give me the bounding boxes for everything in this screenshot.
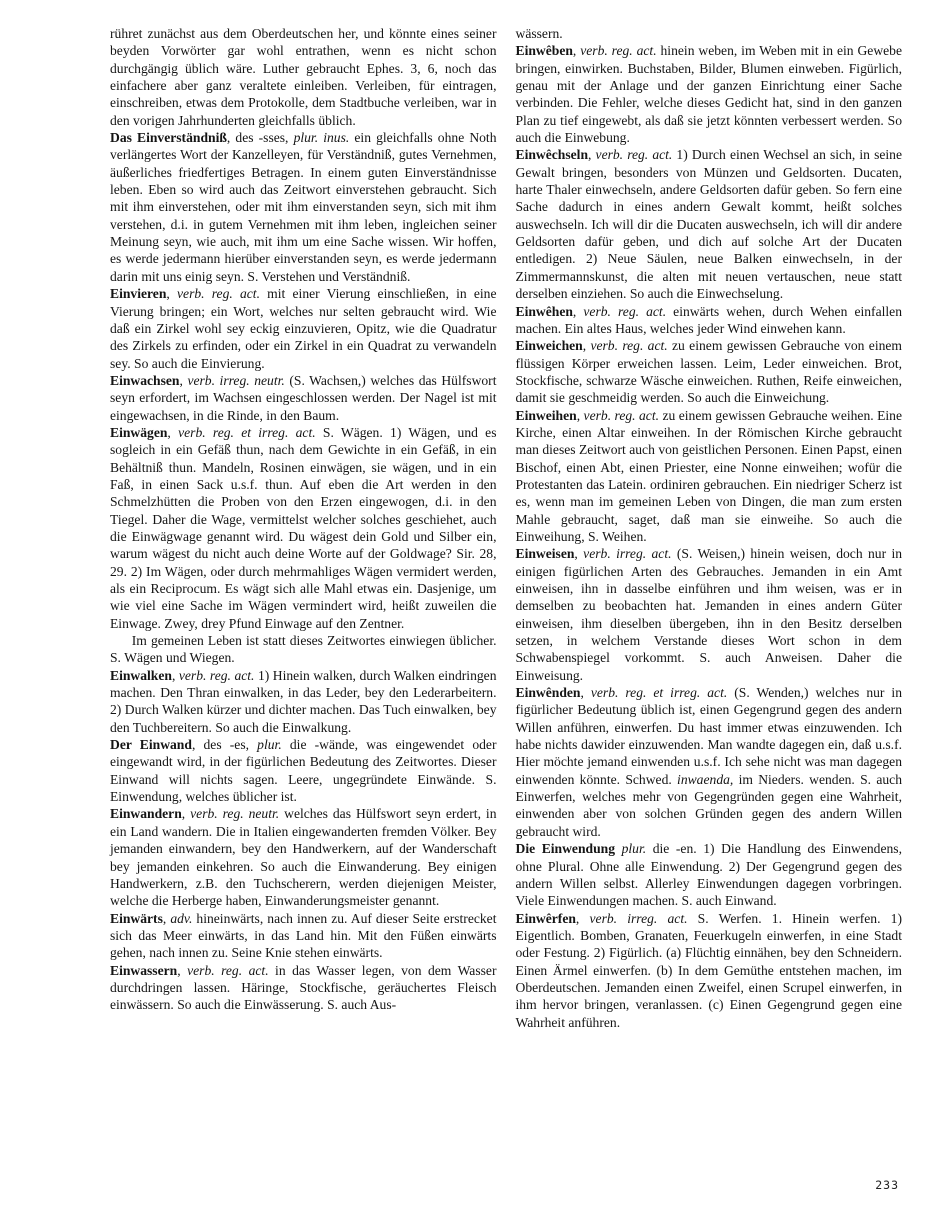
entry-text: , [573, 304, 583, 319]
dictionary-entry: Das Einverständniß, des -sses, plur. inu… [110, 129, 497, 285]
dictionary-entry: Im gemeinen Leben ist statt dieses Zeitw… [110, 632, 497, 667]
entry-headword: Einwêben [516, 43, 573, 58]
entry-text: zu einem gewissen Gebrauche weihen. Eine… [516, 408, 903, 544]
entry-headword: Einwärts [110, 911, 163, 926]
entry-text: , des -sses, [227, 130, 294, 145]
dictionary-entry: Einwachsen, verb. irreg. neutr. (S. Wach… [110, 372, 497, 424]
dictionary-entry: Der Einwand, des -es, plur. die -wände, … [110, 736, 497, 805]
entry-text: , [167, 425, 178, 440]
dictionary-entry: Die Einwendung plur. die -en. 1) Die Han… [516, 840, 903, 909]
entry-text: , [172, 668, 179, 683]
text-columns: rühret zunächst aus dem Oberdeutschen he… [110, 25, 902, 1031]
entry-headword: Einwägen [110, 425, 167, 440]
entry-text: wässern. [516, 26, 563, 41]
entry-headword: Einwachsen [110, 373, 180, 388]
entry-grammar-label: plur. inus. [294, 130, 350, 145]
entry-headword: Einwêhen [516, 304, 573, 319]
entry-headword: Einweisen [516, 546, 575, 561]
entry-text: (S. Weisen,) hinein weisen, doch nur in … [516, 546, 903, 682]
entry-text: ein gleichfalls ohne Noth verlängertes W… [110, 130, 497, 284]
entry-grammar-label: verb. reg. act. [596, 147, 673, 162]
entry-grammar-label: verb. reg. act. [590, 338, 667, 353]
entry-grammar-label: verb. reg. act. [179, 668, 255, 683]
dictionary-entry: Einweisen, verb. irreg. act. (S. Weisen,… [516, 545, 903, 684]
entry-text: S. Werfen. 1. Hinein werfen. 1) Eigentli… [516, 911, 903, 1030]
entry-grammar-label: verb. reg. neutr. [190, 806, 279, 821]
right-column: wässern.Einwêben, verb. reg. act. hinein… [516, 25, 903, 1031]
entry-text: , [177, 963, 187, 978]
dictionary-entry: Einwêrfen, verb. irreg. act. S. Werfen. … [516, 910, 903, 1031]
left-column: rühret zunächst aus dem Oberdeutschen he… [110, 25, 497, 1031]
entry-grammar-label: verb. irreg. neutr. [187, 373, 284, 388]
entry-grammar-label: verb. reg. act. [177, 286, 260, 301]
entry-headword: Einwandern [110, 806, 182, 821]
entry-text: , des -es, [192, 737, 257, 752]
entry-grammar-label: verb. irreg. act. [583, 546, 671, 561]
entry-text: , [577, 408, 584, 423]
dictionary-entry: Einwärts, adv. hineinwärts, nach innen z… [110, 910, 497, 962]
entry-text: , [574, 546, 583, 561]
entry-text: , [580, 685, 590, 700]
entry-text [615, 841, 622, 856]
dictionary-entry: Einweichen, verb. reg. act. zu einem gew… [516, 337, 903, 406]
entry-text: , [166, 286, 177, 301]
entry-grammar-label: verb. reg. act. [583, 304, 666, 319]
entry-text: rühret zunächst aus dem Oberdeutschen he… [110, 26, 497, 128]
entry-headword: Einwêchseln [516, 147, 589, 162]
entry-grammar-label: verb. reg. act. [584, 408, 659, 423]
entry-headword: Der Einwand [110, 737, 192, 752]
entry-headword: Das Einverständniß [110, 130, 227, 145]
entry-grammar-label: verb. reg. et irreg. act. [178, 425, 316, 440]
entry-text: Im gemeinen Leben ist statt dieses Zeitw… [110, 633, 497, 665]
entry-text: S. Wägen. 1) Wägen, und es sogleich in e… [110, 425, 497, 631]
dictionary-entry: Einwalken, verb. reg. act. 1) Hinein wal… [110, 667, 497, 736]
entry-text: , [182, 806, 190, 821]
entry-text: hinein weben, im Weben mit in ein Gewebe… [516, 43, 903, 145]
entry-headword: Einwassern [110, 963, 177, 978]
dictionary-entry: Einwêchseln, verb. reg. act. 1) Durch ei… [516, 146, 903, 302]
page-number: 233 [875, 1178, 899, 1192]
dictionary-entry: Einweihen, verb. reg. act. zu einem gewi… [516, 407, 903, 546]
entry-text: welches das Hülfswort seyn erdert, in ei… [110, 806, 497, 908]
dictionary-entry: wässern. [516, 25, 903, 42]
entry-text: , [588, 147, 596, 162]
entry-grammar-label: verb. reg. et irreg. act. [591, 685, 727, 700]
entry-headword: Die Einwendung [516, 841, 616, 856]
dictionary-entry: Einwandern, verb. reg. neutr. welches da… [110, 805, 497, 909]
entry-headword: Einwêrfen [516, 911, 576, 926]
entry-grammar-label: plur. [257, 737, 282, 752]
dictionary-entry: Einwassern, verb. reg. act. in das Wasse… [110, 962, 497, 1014]
entry-headword: Einweihen [516, 408, 577, 423]
entry-grammar-label: adv. [170, 911, 192, 926]
entry-headword: Einwênden [516, 685, 581, 700]
dictionary-entry: Einwêben, verb. reg. act. hinein weben, … [516, 42, 903, 146]
entry-headword: Einweichen [516, 338, 583, 353]
entry-headword: Einvieren [110, 286, 166, 301]
dictionary-entry: Einwägen, verb. reg. et irreg. act. S. W… [110, 424, 497, 632]
entry-grammar-label: verb. reg. act. [580, 43, 656, 58]
dictionary-page: rühret zunächst aus dem Oberdeutschen he… [0, 0, 935, 1210]
entry-grammar-label: verb. reg. act. [187, 963, 269, 978]
dictionary-entry: Einvieren, verb. reg. act. mit einer Vie… [110, 285, 497, 372]
entry-grammar-label: verb. irreg. act. [590, 911, 688, 926]
dictionary-entry: rühret zunächst aus dem Oberdeutschen he… [110, 25, 497, 129]
entry-grammar-label: inwaenda, [677, 772, 733, 787]
entry-text: , [576, 911, 590, 926]
dictionary-entry: Einwênden, verb. reg. et irreg. act. (S.… [516, 684, 903, 840]
entry-headword: Einwalken [110, 668, 172, 683]
entry-text: 1) Durch einen Wechsel an sich, in seine… [516, 147, 903, 301]
dictionary-entry: Einwêhen, verb. reg. act. einwärts wehen… [516, 303, 903, 338]
entry-grammar-label: plur. [622, 841, 647, 856]
